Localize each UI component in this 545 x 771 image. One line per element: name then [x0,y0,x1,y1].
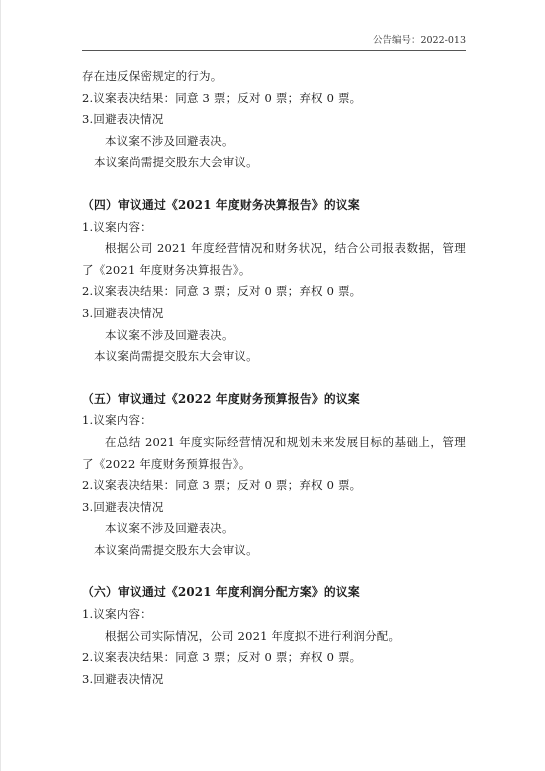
content-text: 根据公司实际情况，公司 2021 年度拟不进行利润分配。 [82,626,466,648]
vote-result: 2.议案表决结果：同意 3 票；反对 0 票；弃权 0 票。 [82,281,466,303]
avoidance-heading: 3.回避表决情况 [82,109,466,131]
content-text: 根据公司 2021 年度经营情况和财务状况，结合公司报表数据，管理层编制 [82,238,466,260]
content-label: 1.议案内容： [82,217,466,239]
vote-result: 2.议案表决结果：同意 3 票；反对 0 票；弃权 0 票。 [82,475,466,497]
section-financial-final-report: （四）审议通过《2021 年度财务决算报告》的议案 1.议案内容： 根据公司 2… [82,195,466,368]
content-text: 在总结 2021 年度实际经营情况和规划未来发展目标的基础上，管理层编制 [82,432,466,454]
submission-note: 本议案尚需提交股东大会审议。 [82,152,466,174]
submission-note: 本议案尚需提交股东大会审议。 [82,540,466,562]
avoidance-heading: 3.回避表决情况 [82,669,466,691]
avoidance-text: 本议案不涉及回避表决。 [82,325,466,347]
content-text-continued: 了《2022 年度财务预算报告》。 [82,454,466,476]
avoidance-heading: 3.回避表决情况 [82,303,466,325]
avoidance-heading: 3.回避表决情况 [82,497,466,519]
section-profit-distribution-plan: （六）审议通过《2021 年度利润分配方案》的议案 1.议案内容： 根据公司实际… [82,582,466,690]
previous-item-continuation: 存在违反保密规定的行为。 2.议案表决结果：同意 3 票；反对 0 票；弃权 0… [82,66,466,174]
section-financial-budget-report: （五）审议通过《2022 年度财务预算报告》的议案 1.议案内容： 在总结 20… [82,389,466,562]
submission-note: 本议案尚需提交股东大会审议。 [82,346,466,368]
section-title: （五）审议通过《2022 年度财务预算报告》的议案 [82,389,466,411]
content-text-continued: 了《2021 年度财务决算报告》。 [82,260,466,282]
section-title: （六）审议通过《2021 年度利润分配方案》的议案 [82,582,466,604]
page-header: 公告编号：2022-013 [82,34,466,51]
avoidance-text: 本议案不涉及回避表决。 [82,131,466,153]
paragraph-text: 存在违反保密规定的行为。 [82,66,466,88]
content-label: 1.议案内容： [82,410,466,432]
vote-result: 2.议案表决结果：同意 3 票；反对 0 票；弃权 0 票。 [82,647,466,669]
avoidance-text: 本议案不涉及回避表决。 [82,518,466,540]
document-body: 存在违反保密规定的行为。 2.议案表决结果：同意 3 票；反对 0 票；弃权 0… [82,66,466,690]
content-label: 1.议案内容： [82,604,466,626]
document-page: 公告编号：2022-013 存在违反保密规定的行为。 2.议案表决结果：同意 3… [0,0,545,771]
section-title: （四）审议通过《2021 年度财务决算报告》的议案 [82,195,466,217]
vote-result: 2.议案表决结果：同意 3 票；反对 0 票；弃权 0 票。 [82,88,466,110]
announcement-number: 公告编号：2022-013 [373,35,466,46]
